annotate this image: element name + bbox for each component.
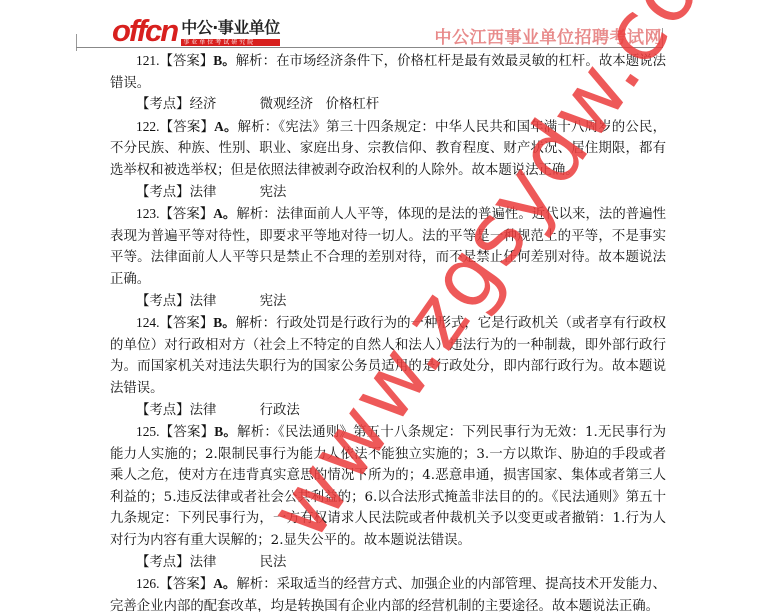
kaodian-topic: 民法 (260, 552, 287, 574)
kaodian-label: 【考点】 (136, 94, 190, 116)
kaodian-topic: 宪法 (260, 291, 287, 313)
question-125: 125.【答案】B。解析：《民法通则》第五十八条规定：下列民事行为无效：1.无民… (110, 421, 666, 552)
explanation: 解析：《民法通则》第五十八条规定：下列民事行为无效：1.无民事行为能力人实施的；… (110, 425, 666, 548)
page-header: offcn 中公·事业单位 事业单位考试研究院 中公江西事业单位招聘考试网 (0, 0, 770, 52)
question-number: 124. (136, 315, 159, 330)
kaodian-topic: 宪法 (260, 182, 287, 204)
question-121: 121.【答案】B。解析：在市场经济条件下，价格杠杆是最有效最灵敏的杠杆。故本题… (110, 50, 666, 94)
kaodian-subject: 法律 (190, 400, 260, 422)
kaodian-subject: 法律 (190, 552, 260, 574)
answer-value: A。 (213, 576, 236, 591)
kaodian-topic: 微观经济 (260, 94, 326, 116)
site-title: 中公江西事业单位招聘考试网 (435, 23, 663, 48)
offcn-logo: offcn 中公·事业单位 事业单位考试研究院 (112, 12, 280, 46)
question-126: 126.【答案】A。解析：采取适当的经营方式、加强企业的内部管理、提高技术开发能… (110, 573, 666, 612)
answer-label: 【答案】 (159, 54, 213, 69)
answer-value: A。 (214, 119, 238, 134)
kaodian-122: 【考点】法律宪法 (110, 182, 666, 204)
header-divider-right (662, 28, 663, 47)
kaodian-label: 【考点】 (136, 552, 190, 574)
kaodian-121: 【考点】经济微观经济价格杠杆 (110, 94, 666, 116)
question-122: 122.【答案】A。解析：《宪法》第三十四条规定：中华人民共和国年满十八周岁的公… (110, 116, 666, 182)
answer-label: 【答案】 (159, 577, 213, 592)
question-number: 123. (136, 206, 159, 221)
logo-brand: offcn (112, 16, 177, 46)
logo-tagline: 事业单位考试研究院 (181, 39, 280, 46)
question-number: 122. (136, 119, 159, 134)
question-number: 125. (136, 424, 159, 439)
logo-cn-text: 中公·事业单位 (181, 19, 280, 37)
answer-label: 【答案】 (159, 425, 214, 440)
question-number: 121. (136, 53, 159, 68)
document-body: 121.【答案】B。解析：在市场经济条件下，价格杠杆是最有效最灵敏的杠杆。故本题… (110, 50, 666, 612)
answer-value: B。 (213, 53, 235, 68)
question-123: 123.【答案】A。解析：法律面前人人平等，体现的是法的普遍性。近代以来，法的普… (110, 203, 666, 290)
question-number: 126. (136, 576, 159, 591)
header-divider-left (76, 34, 77, 51)
kaodian-subject: 法律 (190, 291, 260, 313)
answer-label: 【答案】 (159, 316, 213, 331)
kaodian-label: 【考点】 (136, 182, 190, 204)
kaodian-label: 【考点】 (136, 291, 190, 313)
kaodian-topic: 行政法 (260, 400, 300, 422)
kaodian-124: 【考点】法律行政法 (110, 400, 666, 422)
answer-label: 【答案】 (159, 207, 213, 222)
kaodian-123: 【考点】法律宪法 (110, 291, 666, 313)
answer-value: A。 (213, 206, 236, 221)
answer-value: B。 (214, 424, 237, 439)
kaodian-label: 【考点】 (136, 400, 190, 422)
kaodian-subject: 经济 (190, 94, 260, 116)
answer-value: B。 (213, 315, 235, 330)
kaodian-subject: 法律 (190, 182, 260, 204)
question-124: 124.【答案】B。解析：行政处罚是行政行为的一种形式，它是行政机关（或者享有行… (110, 312, 666, 399)
header-rule (76, 47, 663, 48)
kaodian-subtopic: 价格杠杆 (326, 94, 380, 116)
kaodian-125: 【考点】法律民法 (110, 552, 666, 574)
answer-label: 【答案】 (159, 120, 214, 135)
